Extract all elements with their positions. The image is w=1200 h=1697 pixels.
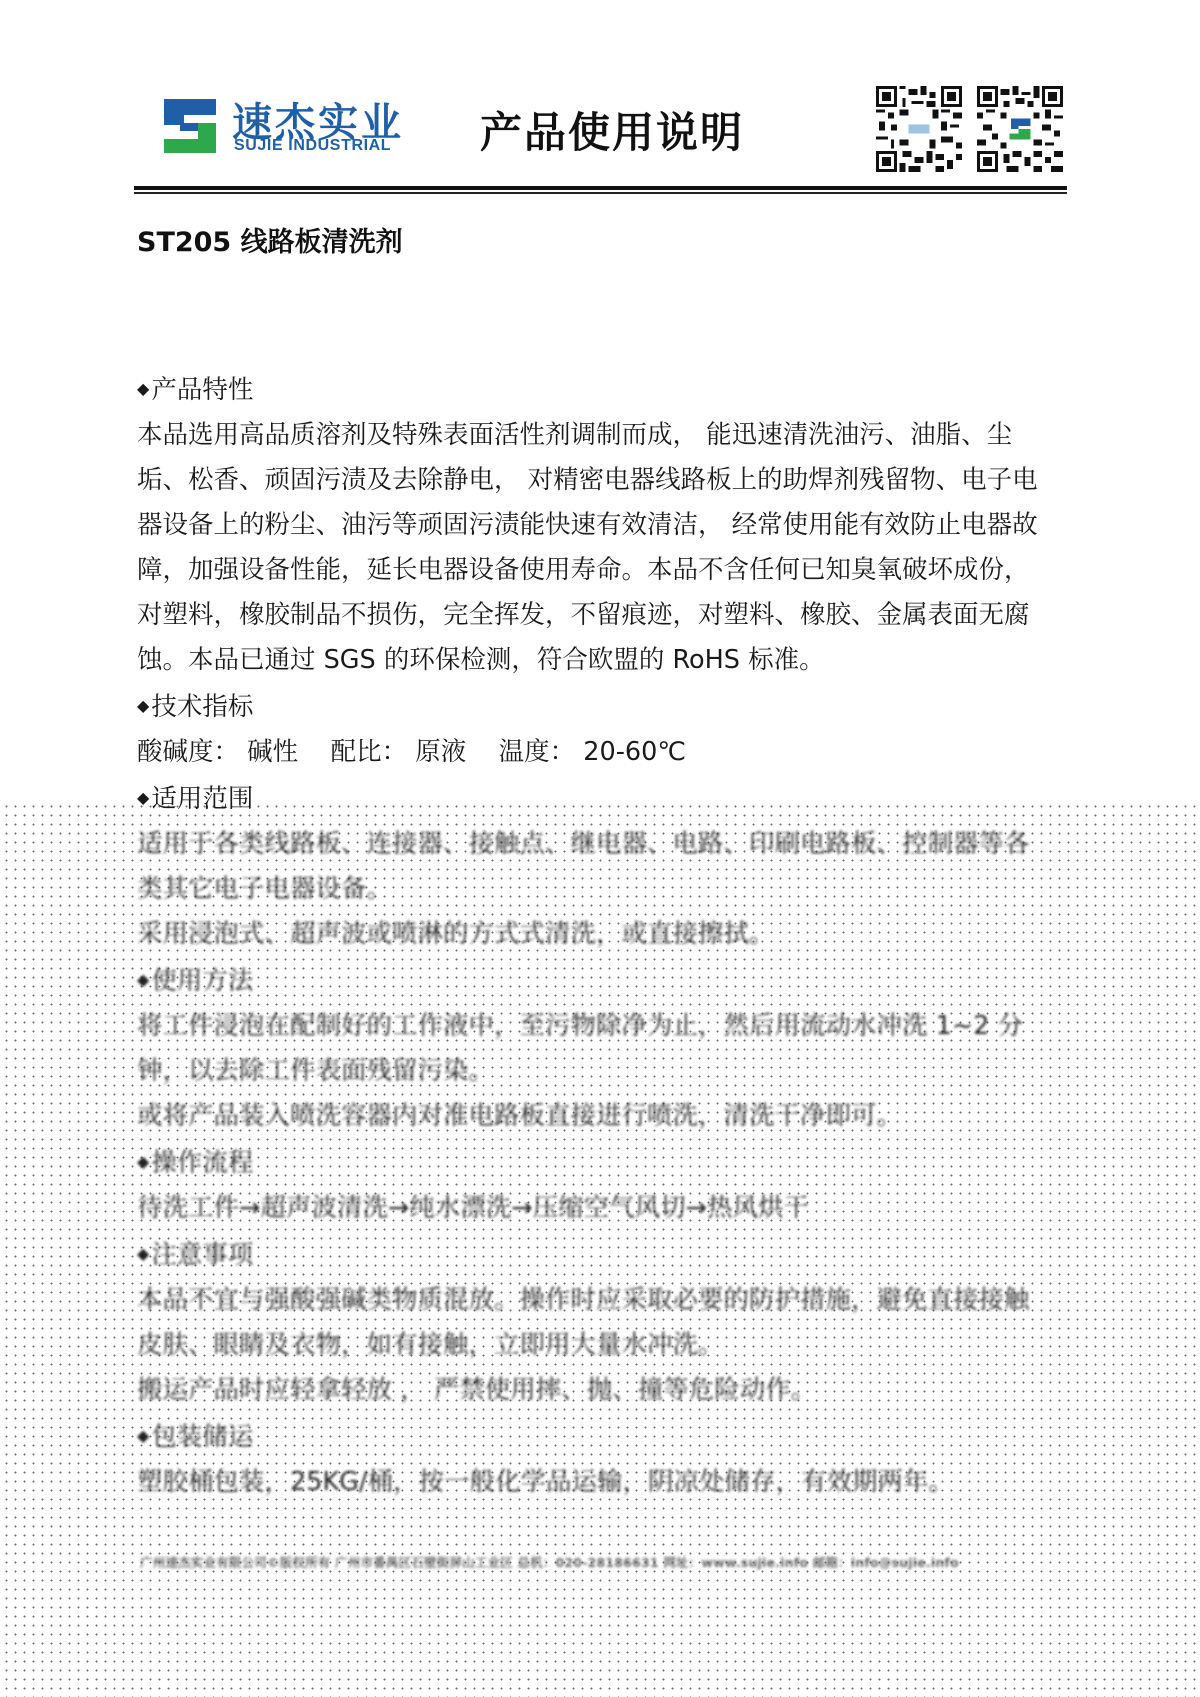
paragraph-line: 障，加强设备性能，延长电器设备使用寿命。本品不含任何已知臭氧破坏成份， xyxy=(137,548,1082,593)
ph-value: 碱性 xyxy=(247,737,298,767)
paragraph-line: 器设备上的粉尘、油污等顽固污渍能快速有效清洁， 经常使用能有效防止电器故 xyxy=(137,503,1082,548)
diamond-bullet-icon: ◆ xyxy=(137,1426,149,1445)
footer-contact-info: 广州速杰实业有限公司©版权所有 广州市番禺区石壁街屏山工业区 总机：020-28… xyxy=(140,1553,1065,1571)
section-title-applications: ◆适用范围 xyxy=(137,775,1082,822)
section-title-usage: ◆使用方法 xyxy=(137,957,1082,1004)
diamond-bullet-icon: ◆ xyxy=(137,788,149,807)
diamond-bullet-icon: ◆ xyxy=(137,1244,149,1263)
paragraph-line: 本品选用高品质溶剂及特殊表面活性剂调制而成， 能迅速清洗油污、油脂、尘 xyxy=(137,413,1082,458)
document-body: ◆产品特性 本品选用高品质溶剂及特殊表面活性剂调制而成， 能迅速清洗油污、油脂、… xyxy=(137,366,1082,1505)
paragraph-line: 蚀。本品已通过 SGS 的环保检测，符合欧盟的 RoHS 标准。 xyxy=(137,638,1082,683)
paragraph-line: 本品不宜与强酸强碱类物质混放。操作时应采取必要的防护措施，避免直接接触 xyxy=(137,1278,1082,1323)
header-rule-thick xyxy=(134,186,1067,190)
paragraph-line: 采用浸泡式、超声波或喷淋的方式式清洗，或直接擦拭。 xyxy=(137,912,1082,957)
qr-code-icon xyxy=(876,86,962,172)
section-title-packaging: ◆包装储运 xyxy=(137,1413,1082,1460)
section-title-precautions: ◆注意事项 xyxy=(137,1231,1082,1278)
paragraph-line: 适用于各类线路板、连接器、接触点、继电器、电路、印刷电路板、控制器等各 xyxy=(137,822,1082,867)
paragraph-line: 对塑料，橡胶制品不损伤，完全挥发，不留痕迹，对塑料、橡胶、金属表面无腐 xyxy=(137,593,1082,638)
paragraph-line: 待洗工件→超声波清洗→纯水漂洗→压缩空气风切→热风烘干 xyxy=(137,1186,1082,1231)
company-logo: 速杰实业 SUJIE INDUSTRIAL xyxy=(158,95,408,157)
ph-label: 酸碱度： xyxy=(137,737,239,767)
product-name: ST205 线路板清洗剂 xyxy=(137,220,403,259)
header-rule-thin xyxy=(134,192,1067,194)
paragraph-line: 钟，以去除工件表面残留污染。 xyxy=(137,1049,1082,1094)
paragraph-line: 或将产品装入喷洗容器内对准电路板直接进行喷洗，清洗干净即可。 xyxy=(137,1094,1082,1139)
temperature-label: 温度： xyxy=(499,737,576,767)
document-title: 产品使用说明 xyxy=(480,100,744,160)
paragraph-line: 类其它电子电器设备。 xyxy=(137,867,1082,912)
paragraph-line: 垢、松香、顽固污渍及去除静电， 对精密电器线路板上的助焊剂残留物、电子电 xyxy=(137,458,1082,503)
diamond-bullet-icon: ◆ xyxy=(137,696,149,715)
diamond-bullet-icon: ◆ xyxy=(137,379,149,398)
section-title-features: ◆产品特性 xyxy=(137,366,1082,413)
ratio-label: 配比： xyxy=(331,737,408,767)
paragraph-line: 搬运产品时应轻拿轻放 ， 严禁使用摔、抛、撞等危险动作。 xyxy=(137,1368,1082,1413)
sujie-logo-icon xyxy=(158,95,220,157)
diamond-bullet-icon: ◆ xyxy=(137,1152,149,1171)
spec-line: 酸碱度： 碱性 配比： 原液 温度： 20-60℃ xyxy=(137,730,1082,775)
paragraph-line: 皮肤、眼睛及衣物，如有接触，立即用大量水冲洗。 xyxy=(137,1323,1082,1368)
company-name-en: SUJIE INDUSTRIAL xyxy=(234,137,391,155)
paragraph-line: 将工件浸泡在配制好的工作液中，至污物除净为止，然后用流动水冲洗 1~2 分 xyxy=(137,1004,1082,1049)
section-title-specs: ◆技术指标 xyxy=(137,683,1082,730)
document-header: 速杰实业 SUJIE INDUSTRIAL 产品使用说明 xyxy=(0,0,1200,200)
qr-code-icon xyxy=(977,86,1063,172)
section-title-process: ◆操作流程 xyxy=(137,1139,1082,1186)
ratio-value: 原液 xyxy=(415,737,466,767)
temperature-value: 20-60℃ xyxy=(583,737,686,767)
paragraph-line: 塑胶桶包装，25KG/桶，按一般化学品运输，阴凉处储存，有效期两年。 xyxy=(137,1460,1082,1505)
diamond-bullet-icon: ◆ xyxy=(137,970,149,989)
